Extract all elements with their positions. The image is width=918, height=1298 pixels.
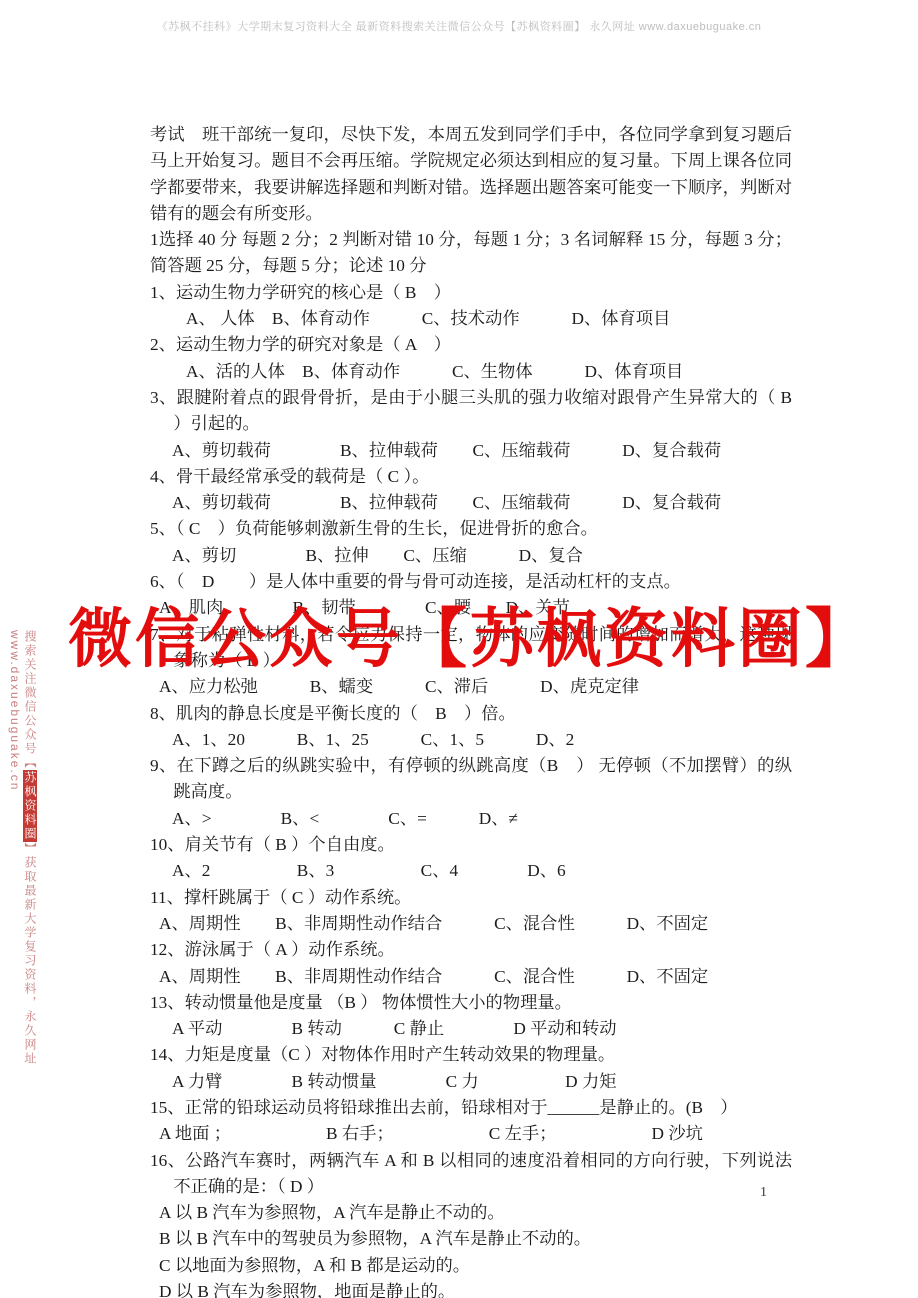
side-note-prefix: 搜索关注微信公众号【: [23, 630, 37, 770]
question-line: 13、转动惯量他是度量 （B ） 物体惯性大小的物理量。: [150, 990, 792, 1016]
question-line: 11、撑杆跳属于（ C ）动作系统。: [150, 885, 792, 911]
question-line: 6、（ D ）是人体中重要的骨与骨可动连接，是活动杠杆的支点。: [150, 569, 792, 595]
page-header-note: 《苏枫不挂科》大学期末复习资料大全 最新资料搜索关注微信公众号【苏枫资料圈】 永…: [0, 18, 918, 34]
paragraph-line: 1选择 40 分 每题 2 分；2 判断对错 10 分，每题 1 分；3 名词解…: [150, 227, 792, 280]
page-number: 1: [760, 1185, 767, 1201]
question-line: 12、游泳属于（ A ）动作系统。: [150, 937, 792, 963]
options-line: A、> B、< C、= D、≠: [150, 806, 792, 832]
document-body: 考试 班干部统一复印，尽快下发，本周五发到同学们手中，各位同学拿到复习题后马上开…: [150, 122, 792, 1298]
document-page: 《苏枫不挂科》大学期末复习资料大全 最新资料搜索关注微信公众号【苏枫资料圈】 永…: [0, 0, 918, 1298]
question-line: 7、对于粘弹性材料，若令应力保持一定，物体的应变随时间的增加而增大，这种现象称为…: [150, 622, 792, 675]
options-line: A 力臂 B 转动惯量 C 力 D 力矩: [150, 1069, 792, 1095]
paragraph-line: 考试 班干部统一复印，尽快下发，本周五发到同学们手中，各位同学拿到复习题后马上开…: [150, 122, 792, 227]
question-line: 10、肩关节有（ B ）个自由度。: [150, 832, 792, 858]
options-line: A、周期性 B、非周期性动作结合 C、混合性 D、不固定: [150, 964, 792, 990]
question-line: 4、骨干最经常承受的载荷是（ C ）。: [150, 464, 792, 490]
options-line: A 地面 ； B 右手； C 左手； D 沙坑: [150, 1121, 792, 1147]
options-line: A、应力松弛 B、蠕变 C、滞后 D、虎克定律: [150, 674, 792, 700]
options-line: A、2 B、3 C、4 D、6: [150, 858, 792, 884]
question-line: 8、肌肉的静息长度是平衡长度的（ B ）倍。: [150, 701, 792, 727]
options-line: A、剪切载荷 B、拉伸载荷 C、压缩载荷 D、复合载荷: [150, 490, 792, 516]
options-line: A、剪切载荷 B、拉伸载荷 C、压缩载荷 D、复合载荷: [150, 438, 792, 464]
options-line: A、1、20 B、1、25 C、1、5 D、2: [150, 727, 792, 753]
question-line: 3、跟腱附着点的跟骨骨折，是由于小腿三头肌的强力收缩对跟骨产生异常大的（ B ）…: [150, 385, 792, 438]
question-line: 9、在下蹲之后的纵跳实验中，有停顿的纵跳高度（B ） 无停顿（不加摆臂）的纵跳高…: [150, 753, 792, 806]
options-line: A、肌肉 B、韧带 C、腰 D、关节: [150, 595, 792, 621]
options-line: A、 人体 B、体育动作 C、技术动作 D、体育项目: [150, 306, 792, 332]
options-line: A 以 B 汽车为参照物，A 汽车是静止不动的。: [150, 1200, 792, 1226]
options-line: A、剪切 B、拉伸 C、压缩 D、复合: [150, 543, 792, 569]
question-line: 1、运动生物力学研究的核心是（ B ）: [150, 280, 792, 306]
question-line: 15、正常的铅球运动员将铅球推出去前，铅球相对于______是静止的。(B ）: [150, 1095, 792, 1121]
question-line: 14、力矩是度量（C ）对物体作用时产生转动效果的物理量。: [150, 1042, 792, 1068]
side-note-highlight: 苏枫资料圈: [23, 770, 37, 842]
question-line: 16、公路汽车赛时，两辆汽车 A 和 B 以相同的速度沿着相同的方向行驶，下列说…: [150, 1148, 792, 1201]
options-line: A、活的人体 B、体育动作 C、生物体 D、体育项目: [150, 359, 792, 385]
options-line: C 以地面为参照物，A 和 B 都是运动的。: [150, 1253, 792, 1279]
options-line: D 以 B 汽车为参照物，地面是静止的。: [150, 1279, 792, 1298]
side-vertical-note: 搜索关注微信公众号【苏枫资料圈】获取最新大学复习资料，永久网址 www.daxu…: [8, 630, 39, 1080]
options-line: A、周期性 B、非周期性动作结合 C、混合性 D、不固定: [150, 911, 792, 937]
question-line: 5、（ C ）负荷能够刺激新生骨的生长，促进骨折的愈合。: [150, 516, 792, 542]
question-line: 2、运动生物力学的研究对象是（ A ）: [150, 332, 792, 358]
options-line: A 平动 B 转动 C 静止 D 平动和转动: [150, 1016, 792, 1042]
options-line: B 以 B 汽车中的驾驶员为参照物，A 汽车是静止不动的。: [150, 1226, 792, 1252]
